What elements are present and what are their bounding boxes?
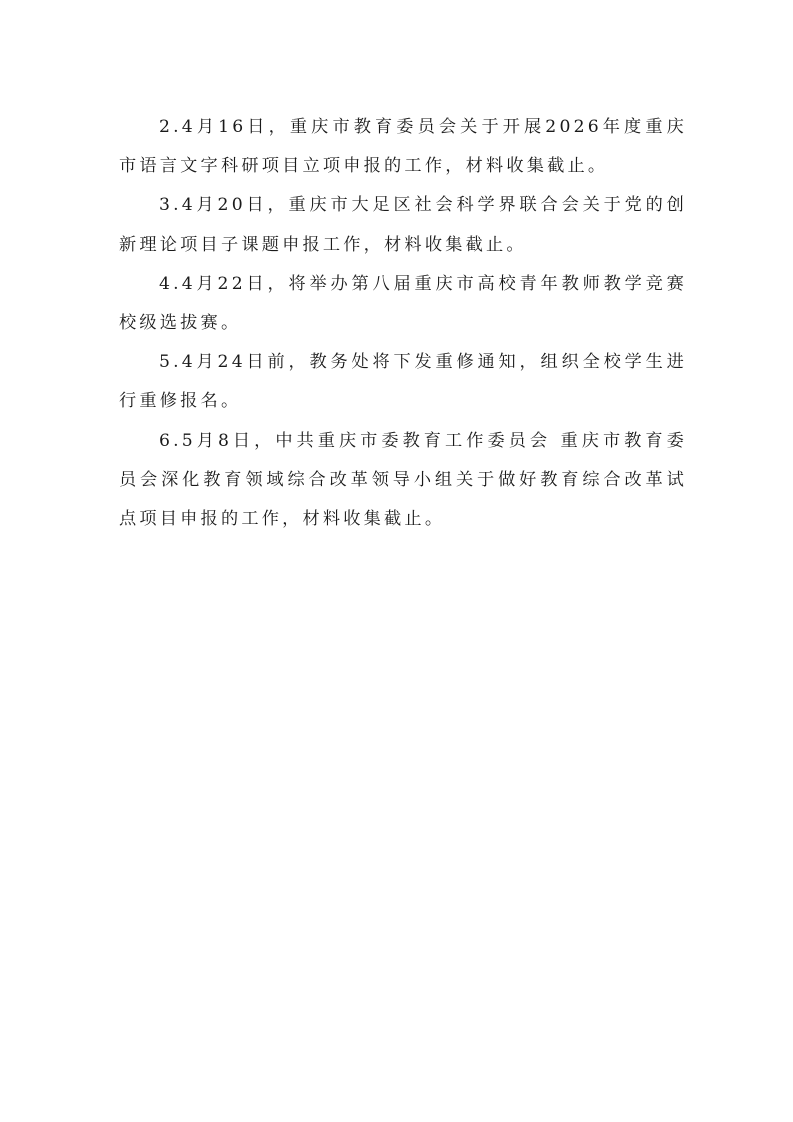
paragraph-item-3: 3.4月20日，重庆市大足区社会科学界联合会关于党的创新理论项目子课题申报工作，… (119, 186, 687, 264)
paragraph-item-5: 5.4月24日前，教务处将下发重修通知，组织全校学生进行重修报名。 (119, 343, 687, 421)
paragraph-item-2: 2.4月16日，重庆市教育委员会关于开展2026年度重庆市语言文字科研项目立项申… (119, 108, 687, 186)
paragraph-item-6: 6.5月8日，中共重庆市委教育工作委员会 重庆市教育委员会深化教育领域综合改革领… (119, 422, 687, 540)
paragraph-item-4: 4.4月22日，将举办第八届重庆市高校青年教师教学竞赛校级选拔赛。 (119, 265, 687, 343)
document-page: 2.4月16日，重庆市教育委员会关于开展2026年度重庆市语言文字科研项目立项申… (119, 108, 687, 539)
